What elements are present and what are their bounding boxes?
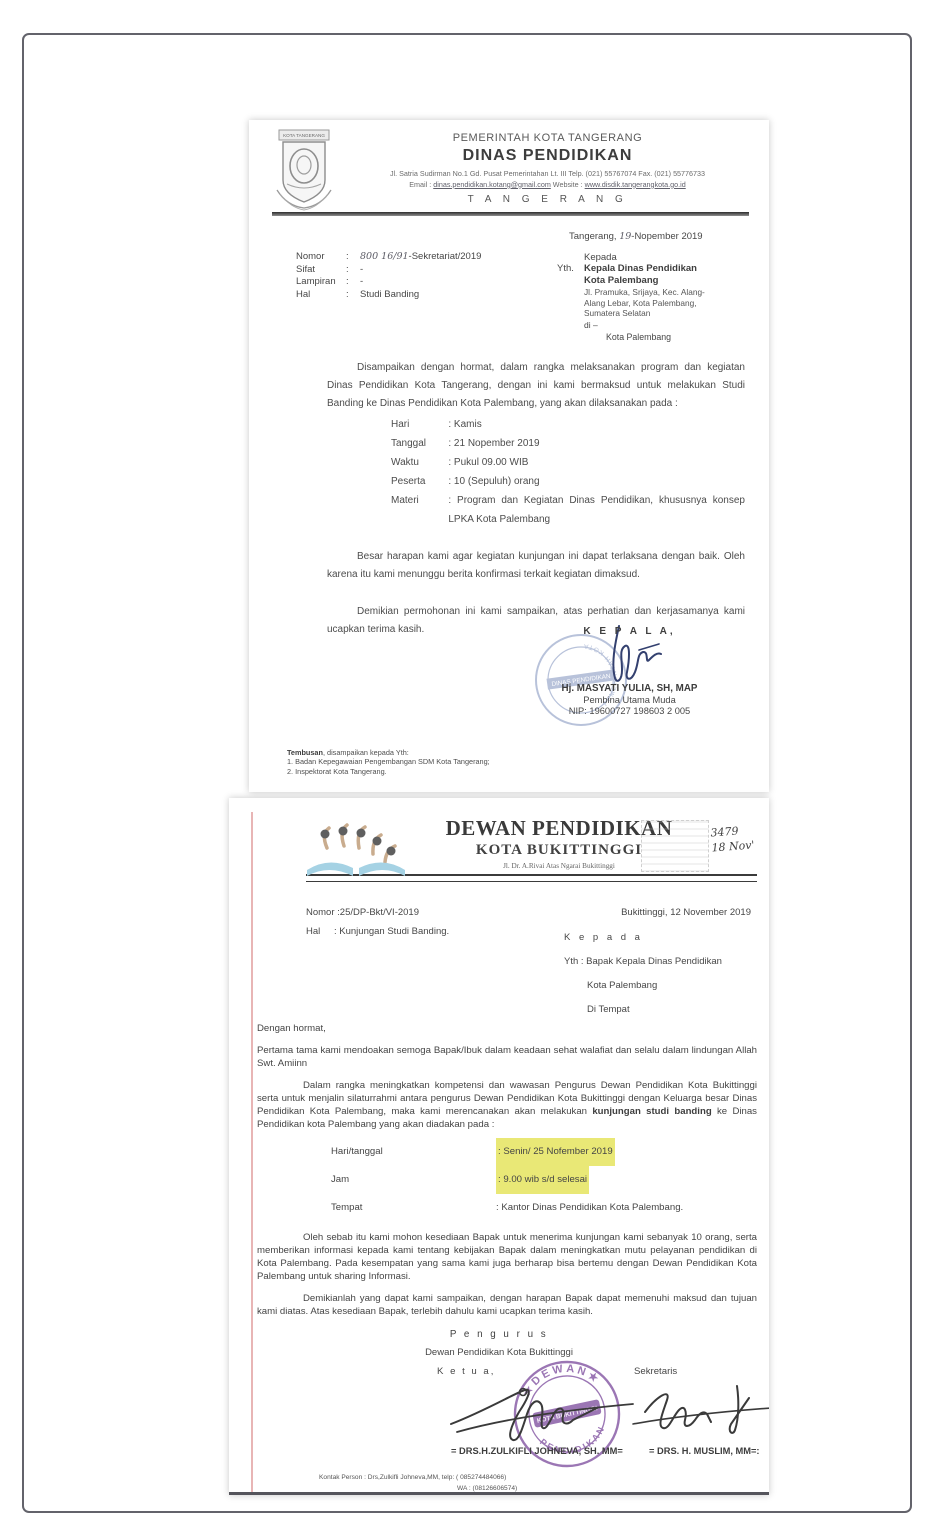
letterhead-bukittinggi: DEWAN PENDIDIKAN KOTA BUKITTINGGI Jl. Dr… <box>229 798 769 900</box>
recipient-name2: Kota Palembang <box>584 275 658 286</box>
hal-label-2: Hal <box>306 926 334 937</box>
tempat-label: Tempat <box>331 1194 496 1222</box>
pengurus-org: Dewan Pendidikan Kota Bukittinggi <box>229 1347 769 1358</box>
email-label: Email : <box>409 180 433 189</box>
materi-value: : Program dan Kegiatan Dinas Pendidikan,… <box>448 491 745 529</box>
agenda-stamp-box <box>641 820 709 872</box>
website-label: Website : <box>551 180 585 189</box>
meta-row-lampiran: Lampiran : - <box>296 276 481 289</box>
tempat-value: : Kantor Dinas Pendidikan Kota Palembang… <box>496 1194 683 1222</box>
recipient-block: Tangerang, 19-Nopember 2019 Kepada Yth. … <box>557 231 757 344</box>
sekretaris-signature-icon <box>627 1378 769 1440</box>
address-line: Jl. Satria Sudirman No.1 Gd. Pusat Pemer… <box>390 169 705 178</box>
recipient-address: Jl. Pramuka, Srijaya, Kec. Alang- Alang … <box>584 287 705 319</box>
p2-bold: kunjungan studi banding <box>592 1106 711 1117</box>
visit-details-list: Hari : Kamis Tanggal : 21 Nopember 2019 … <box>391 415 745 529</box>
tanggal-value: : 21 Nopember 2019 <box>448 434 745 453</box>
yth-label: Yth. <box>557 263 584 344</box>
signature-block-kepala: PEMERINTAH KOTA TANGERANG DINAS PENDIDIK… <box>537 626 722 716</box>
org-address: Jl. Satria Sudirman No.1 Gd. Pusat Pemer… <box>344 169 751 191</box>
detail-row-hari: Hari : Kamis <box>391 415 745 434</box>
waktu-label: Waktu <box>391 453 448 472</box>
nomor-label: Nomor <box>296 251 346 264</box>
ketua-signature-icon <box>447 1382 637 1444</box>
date-day-handwritten: 19 <box>619 231 631 242</box>
sifat-colon: : <box>346 264 360 277</box>
agenda-date: 18 Nov' <box>711 838 755 856</box>
website-link: www.disdik.tangerangkota.go.id <box>585 180 686 189</box>
signature-zone: ★ D E W A N ★ P E N D I D I K A N KOTA B… <box>229 1380 769 1446</box>
detail-row-tanggal: Tanggal : 21 Nopember 2019 <box>391 434 745 453</box>
date-2: Bukittinggi, 12 November 2019 <box>621 907 751 918</box>
pengurus-heading: P e n g u r u s <box>229 1329 769 1340</box>
meta-row-hal: Hal : Studi Banding <box>296 289 481 302</box>
sekretaris-name: = DRS. H. MUSLIM, MM=: <box>649 1446 760 1456</box>
ketua-label: K e t u a, <box>437 1366 495 1377</box>
tembusan-item-2: 2. Inspektorat Kota Tangerang. <box>287 767 490 777</box>
detail2-row-jam: Jam : 9.00 wib s/d selesai <box>331 1166 757 1194</box>
nomor-suffix: -Sekretariat/2019 <box>409 251 482 264</box>
tembusan-heading: Tembusan, disampaikan kepada Yth: <box>287 748 490 758</box>
hari-tanggal-label: Hari/tanggal <box>331 1138 496 1166</box>
recipient2-line2: Kota Palembang <box>587 974 722 998</box>
nomor-colon: : <box>346 251 360 264</box>
visit-details-list-2: Hari/tanggal : Senin/ 25 Nofember 2019 J… <box>331 1138 757 1222</box>
materi-label: Materi <box>391 491 448 529</box>
paragraph-1: Disampaikan dengan hormat, dalam rangka … <box>327 359 745 413</box>
recipient-di: di – <box>584 320 705 332</box>
waktu-value: : Pukul 09.00 WIB <box>448 453 745 472</box>
handwritten-agenda-note: 3479 18 Nov' <box>710 823 755 856</box>
contact-line1: Kontak Person : Drs,Zulkifli Johneva,MM,… <box>319 1473 769 1484</box>
page-bukittinggi-letter: DEWAN PENDIDIKAN KOTA BUKITTINGGI Jl. Dr… <box>229 798 769 1495</box>
yth-row: Yth. Kepala Dinas Pendidikan Kota Palemb… <box>557 263 757 344</box>
nomor-2: Nomor :25/DP-Bkt/VI-2019 <box>306 907 419 918</box>
tanggal-label: Tanggal <box>391 434 448 453</box>
hal-colon: : <box>346 289 360 302</box>
email-link: dinas.pendidikan.kotang@gmail.com <box>433 180 551 189</box>
paragraph2-3: Oleh sebab itu kami mohon kesediaan Bapa… <box>257 1231 757 1283</box>
meta-left-block: Nomor : 800 16/91 -Sekretariat/2019 Sifa… <box>296 251 481 301</box>
nomor-handwritten: 800 16/91 <box>360 251 409 264</box>
tembusan-title: Tembusan <box>287 748 323 757</box>
tembusan-intro: , disampaikan kepada Yth: <box>323 748 409 757</box>
date-suffix: -Nopember 2019 <box>631 231 702 242</box>
nomor-date-row: Nomor :25/DP-Bkt/VI-2019 Bukittinggi, 12… <box>306 907 751 918</box>
detail-row-materi: Materi : Program dan Kegiatan Dinas Pend… <box>391 491 745 529</box>
hal-value: Studi Banding <box>360 289 419 302</box>
recipient-addr3: Sumatera Selatan <box>584 308 650 318</box>
lampiran-value: - <box>360 276 363 289</box>
detail2-row-hari: Hari/tanggal : Senin/ 25 Nofember 2019 <box>331 1138 757 1166</box>
kepada-2: K e p a d a <box>564 926 722 950</box>
recipient2-line3: Di Tempat <box>587 998 722 1022</box>
hal-recipient-block: Hal : Kunjungan Studi Banding. K e p a d… <box>306 926 751 1022</box>
signer-name: Hj. MASYATI YULIA, SH, MAP <box>537 683 722 694</box>
jam-value-highlighted: : 9.00 wib s/d selesai <box>496 1166 589 1194</box>
salutation-2: Dengan hormat, <box>257 1022 757 1035</box>
signer-names-row: = DRS.H.ZULKIFLI JOHNEVA, SH. MM= = DRS.… <box>229 1446 769 1459</box>
paragraph-2: Besar harapan kami agar kegiatan kunjung… <box>327 548 745 584</box>
date-prefix: Tangerang, <box>569 231 619 242</box>
lampiran-label: Lampiran <box>296 276 346 289</box>
meta-row-nomor: Nomor : 800 16/91 -Sekretariat/2019 <box>296 251 481 264</box>
org-city: T A N G E R A N G <box>344 194 751 205</box>
contact-footer: Kontak Person : Drs,Zulkifli Johneva,MM,… <box>319 1473 769 1495</box>
yth-2: Yth : Bapak Kepala Dinas Pendidikan <box>564 950 722 974</box>
hari-tanggal-value-highlighted: : Senin/ 25 Nofember 2019 <box>496 1138 615 1166</box>
org-name-line2: DINAS PENDIDIKAN <box>344 147 751 165</box>
contact-line3: Drs. Muslim. MM. telp/WA : ( 08527475334… <box>379 1494 769 1495</box>
hari-value: : Kamis <box>448 415 745 434</box>
org-name-line1: PEMERINTAH KOTA TANGERANG <box>344 132 751 144</box>
letter-date: Tangerang, 19-Nopember 2019 <box>569 231 757 243</box>
hal-row-2: Hal : Kunjungan Studi Banding. <box>306 926 449 937</box>
hal-label: Hal <box>296 289 346 302</box>
ketua-name: = DRS.H.ZULKIFLI JOHNEVA, SH. MM= <box>451 1446 623 1456</box>
hal-value-2: : Kunjungan Studi Banding. <box>334 926 449 937</box>
tembusan-item-1: 1. Badan Kepegawaian Pengembangan SDM Ko… <box>287 757 490 767</box>
detail-row-waktu: Waktu : Pukul 09.00 WIB <box>391 453 745 472</box>
paragraph2-2: Dalam rangka meningkatkan kompetensi dan… <box>257 1079 757 1131</box>
detail-row-peserta: Peserta : 10 (Sepuluh) orang <box>391 472 745 491</box>
paragraph2-4: Demikianlah yang dapat kami sampaikan, d… <box>257 1292 757 1318</box>
hari-label: Hari <box>391 415 448 434</box>
recipient-names: Kepala Dinas Pendidikan Kota Palembang J… <box>584 263 705 344</box>
letterhead-text: PEMERINTAH KOTA TANGERANG DINAS PENDIDIK… <box>344 132 751 205</box>
sifat-label: Sifat <box>296 264 346 277</box>
signer-nip: NIP: 19600727 198603 2 005 <box>537 706 722 716</box>
paragraph2-1: Pertama tama kami mendoakan semoga Bapak… <box>257 1044 757 1070</box>
kepada-label: Kepada <box>584 252 757 264</box>
recipient-block-2: K e p a d a Yth : Bapak Kepala Dinas Pen… <box>564 926 722 1022</box>
sekretaris-label: Sekretaris <box>634 1366 677 1377</box>
signer-identity: Hj. MASYATI YULIA, SH, MAP Pembina Utama… <box>537 683 722 716</box>
peserta-value: : 10 (Sepuluh) orang <box>448 472 745 491</box>
contact-line2: WA : (08126606574) <box>457 1484 769 1495</box>
dewan-pendidikan-logo-icon <box>299 818 414 890</box>
sifat-value: - <box>360 264 363 277</box>
svg-text:KOTA TANGERANG: KOTA TANGERANG <box>283 133 325 138</box>
peserta-label: Peserta <box>391 472 448 491</box>
recipient-addr2: Alang Lebar, Kota Palembang, <box>584 298 697 308</box>
letter-body: Disampaikan dengan hormat, dalam rangka … <box>327 359 745 639</box>
scan-frame: KOTA TANGERANG PEMERINTAH KOTA TANGERANG… <box>22 33 912 1513</box>
recipient-city: Kota Palembang <box>606 332 705 344</box>
kepala-title: K E P A L A, <box>537 626 722 637</box>
letter-meta-section: Nomor : 800 16/91 -Sekretariat/2019 Sifa… <box>249 231 769 345</box>
letter2-body: Dengan hormat, Pertama tama kami mendoak… <box>257 1022 757 1318</box>
recipient-name1: Kepala Dinas Pendidikan <box>584 263 697 274</box>
letterhead-rule <box>272 212 749 217</box>
meta-row-sifat: Sifat : - <box>296 264 481 277</box>
page-tangerang-letter: KOTA TANGERANG PEMERINTAH KOTA TANGERANG… <box>249 120 769 792</box>
tangerang-city-seal-icon: KOTA TANGERANG <box>273 128 335 214</box>
signer-rank: Pembina Utama Muda <box>537 695 722 705</box>
tembusan-section: Tembusan, disampaikan kepada Yth: 1. Bad… <box>287 748 490 777</box>
jam-label: Jam <box>331 1166 496 1194</box>
recipient-addr1: Jl. Pramuka, Srijaya, Kec. Alang- <box>584 287 705 297</box>
detail2-row-tempat: Tempat : Kantor Dinas Pendidikan Kota Pa… <box>331 1194 757 1222</box>
letterhead-tangerang: KOTA TANGERANG PEMERINTAH KOTA TANGERANG… <box>249 120 769 216</box>
lampiran-colon: : <box>346 276 360 289</box>
